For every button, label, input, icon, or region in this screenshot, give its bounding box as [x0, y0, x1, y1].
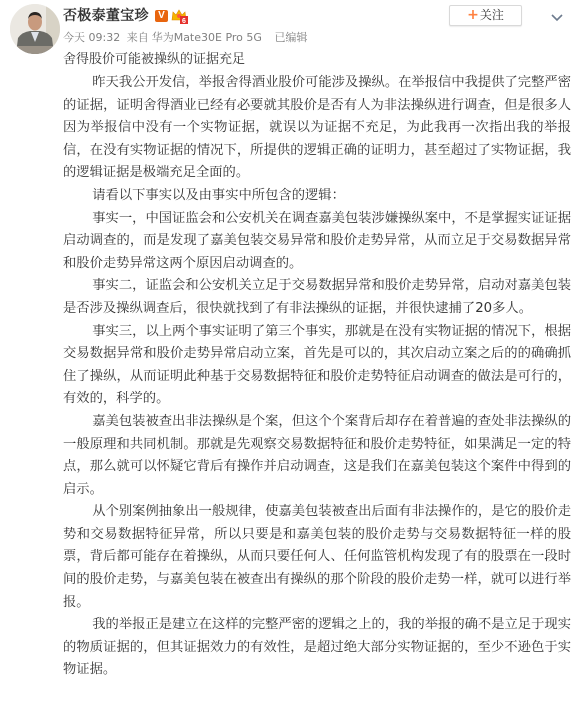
source-device[interactable]: 华为Mate30E Pro 5G [152, 31, 262, 44]
paragraph-general-principle: 嘉美包装被查出非法操纵是个案，但这个个案背后却存在着普遍的查处非法操纵的一般原理… [63, 411, 571, 501]
post-title: 舍得股价可能被操纵的证据充足 [63, 50, 245, 70]
member-crown-icon[interactable]: 6 [171, 8, 188, 24]
paragraph-fact-three: 事实三，以上两个事实证明了第三个事实，那就是在没有实物证据的情况下，根据交易数据… [63, 321, 571, 411]
verified-badge-icon[interactable]: V [155, 10, 168, 22]
edited-label[interactable]: 已编辑 [274, 31, 307, 44]
post-meta: 今天 09:32 来自华为Mate30E Pro 5G 已编辑 [63, 30, 310, 46]
paragraph-conclusion: 我的举报正是建立在这样的完整严密的逻辑之上的，我的举报的确不是立足于现实的物质证… [63, 614, 571, 682]
chevron-down-icon [551, 14, 563, 22]
avatar[interactable] [10, 4, 60, 54]
post-body: 昨天我公开发信，举报舍得酒业股价可能涉及操纵。在举报信中我提供了完整严密的证据，… [63, 72, 571, 682]
paragraph-logic-lead: 请看以下事实以及由事实中所包含的逻辑： [63, 185, 571, 208]
follow-button[interactable]: +关注 [449, 5, 522, 26]
member-level: 6 [182, 18, 186, 24]
follow-label: 关注 [480, 8, 504, 22]
more-options-button[interactable] [551, 7, 563, 15]
paragraph-abstraction: 从个别案例抽象出一般规律，使嘉美包装被查出后面有非法操作的，是它的股价走势和交易… [63, 501, 571, 614]
plus-icon: + [467, 7, 479, 23]
paragraph-fact-one: 事实一，中国证监会和公安机关在调查嘉美包装涉嫌操纵案中，不是掌握实证证据启动调查… [63, 208, 571, 276]
post-timestamp[interactable]: 今天 09:32 [63, 31, 120, 44]
username[interactable]: 否极泰董宝珍 [63, 6, 149, 26]
avatar-image [10, 4, 60, 54]
paragraph-fact-two: 事实二，证监会和公安机关立足于交易数据异常和股价走势异常，启动对嘉美包装是否涉及… [63, 275, 571, 320]
source-prefix: 来自 [127, 31, 149, 44]
paragraph-intro: 昨天我公开发信，举报舍得酒业股价可能涉及操纵。在举报信中我提供了完整严密的证据，… [63, 72, 571, 185]
